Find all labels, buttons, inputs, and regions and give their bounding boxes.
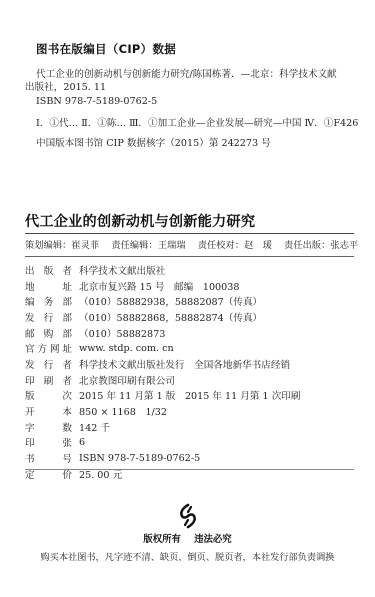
colophon-label-char: 网 bbox=[50, 341, 60, 355]
editorial-credits: 策划编辑：崔灵菲 责任编辑：王瑞瑞 责任校对：赵 瑗 责任出版：张志平 bbox=[25, 237, 358, 251]
colophon-label: 编务部 bbox=[25, 294, 79, 308]
colophon-label: 开本 bbox=[25, 404, 79, 418]
colophon-row: 印张6 bbox=[25, 435, 355, 451]
colophon-row: 开本850 × 1168 1/32 bbox=[25, 403, 355, 419]
cip-entry-line-1: 代工企业的创新动机与创新能力研究/陈国栋著．—北京：科学技术文献 bbox=[36, 68, 337, 81]
colophon-label-char: 者 bbox=[62, 357, 72, 371]
colophon-label-char: 者 bbox=[62, 263, 72, 277]
colophon-label-char: 编 bbox=[25, 294, 35, 308]
colophon-label-char: 发 bbox=[25, 357, 35, 371]
colophon-value: ISBN 978-7-5189-0762-5 bbox=[79, 453, 200, 464]
colophon-value: 科学技术文献出版社发行 全国各地新华书店经销 bbox=[79, 357, 290, 371]
colophon-value: 科学技术文献出版社 bbox=[79, 263, 165, 277]
colophon-row: 发行部（010）58882868，58882874（传真） bbox=[25, 309, 355, 325]
colophon-label: 地址 bbox=[25, 279, 79, 293]
colophon-label: 发行部 bbox=[25, 310, 79, 324]
cip-classification: Ⅰ．①代… Ⅱ．①陈… Ⅲ．①加工企业—企业发展—研究—中国 Ⅳ．①F426 bbox=[36, 117, 358, 130]
colophon-row: 编务部（010）58882938，58882087（传真） bbox=[25, 293, 355, 309]
colophon-value: 2015 年 11 月第 1 版 2015 年 11 月第 1 次印刷 bbox=[79, 388, 300, 402]
cip-entry-line-2: 出版社，2015. 11 bbox=[25, 81, 106, 94]
colophon-label-char: 地 bbox=[25, 279, 35, 293]
colophon-label: 版次 bbox=[25, 388, 79, 402]
colophon-row: 书号ISBN 978-7-5189-0762-5 bbox=[25, 450, 355, 466]
colophon-label: 印刷者 bbox=[25, 373, 79, 387]
colophon-value: 北京市复兴路 15 号 邮编 100038 bbox=[79, 279, 239, 293]
colophon-label-char: 版 bbox=[44, 263, 54, 277]
rights-reserved: 版权所有 bbox=[143, 534, 181, 545]
replacement-notice: 购买本社图书，凡字迹不清、缺页、倒页、脱页者，本社发行部负责调换 bbox=[0, 549, 375, 563]
colophon-label-char: 者 bbox=[62, 373, 72, 387]
colophon-label-char: 本 bbox=[62, 404, 72, 418]
colophon-label: 出版者 bbox=[25, 263, 79, 277]
colophon-label: 发行者 bbox=[25, 357, 79, 371]
colophon-row: 官方网址www. stdp. com. cn bbox=[25, 340, 355, 356]
colophon-label: 邮购部 bbox=[25, 326, 79, 340]
colophon-value: （010）58882938，58882087（传真） bbox=[79, 294, 262, 308]
colophon-value: （010）58882873 bbox=[79, 326, 165, 340]
credit-production: 责任出版：张志平 bbox=[284, 240, 358, 251]
colophon-value: （010）58882868，58882874（传真） bbox=[79, 310, 262, 324]
colophon-row: 地址北京市复兴路 15 号 邮编 100038 bbox=[25, 278, 355, 294]
colophon-label-char: 数 bbox=[62, 420, 72, 434]
credit-responsible-editor: 责任编辑：王瑞瑞 bbox=[111, 240, 185, 251]
colophon-label-char: 出 bbox=[25, 263, 35, 277]
credit-proofreader: 责任校对：赵 瑗 bbox=[198, 240, 272, 251]
colophon-label-char: 刷 bbox=[44, 373, 54, 387]
colophon-label: 印张 bbox=[25, 435, 79, 449]
publisher-logo-icon bbox=[177, 503, 199, 529]
colophon-value: 850 × 1168 1/32 bbox=[79, 404, 167, 418]
colophon-label: 书号 bbox=[25, 451, 79, 465]
colophon-value: 北京教图印刷有限公司 bbox=[79, 373, 175, 387]
colophon-label: 官方网址 bbox=[25, 341, 79, 355]
colophon-label: 字数 bbox=[25, 420, 79, 434]
colophon-label-char: 邮 bbox=[25, 326, 35, 340]
colophon-row: 发行者科学技术文献出版社发行 全国各地新华书店经销 bbox=[25, 356, 355, 372]
colophon-label-char: 版 bbox=[25, 388, 35, 402]
colophon-label-char: 部 bbox=[62, 294, 72, 308]
title-divider bbox=[25, 233, 354, 234]
copyright-notice: 版权所有 违法必究 bbox=[0, 531, 375, 545]
colophon-label-char: 行 bbox=[44, 310, 54, 324]
colophon-label-char: 字 bbox=[25, 420, 35, 434]
colophon-table: 出版者科学技术文献出版社地址北京市复兴路 15 号 邮编 100038编务部（0… bbox=[25, 262, 355, 482]
colophon-label-char: 官 bbox=[25, 341, 35, 355]
credits-divider bbox=[25, 256, 354, 257]
colophon-row: 邮购部（010）58882873 bbox=[25, 325, 355, 341]
colophon-label-char: 址 bbox=[62, 341, 72, 355]
colophon-divider bbox=[25, 469, 354, 470]
cip-heading: 图书在版编目（CIP）数据 bbox=[36, 41, 176, 57]
colophon-value: www. stdp. com. cn bbox=[79, 343, 174, 354]
colophon-label-char: 购 bbox=[44, 326, 54, 340]
colophon-label-char: 部 bbox=[62, 310, 72, 324]
piracy-warning: 违法必究 bbox=[194, 534, 232, 545]
colophon-label-char: 印 bbox=[25, 435, 35, 449]
cip-record-number: 中国版本图书馆 CIP 数据核字（2015）第 242273 号 bbox=[36, 137, 271, 150]
colophon-label-char: 部 bbox=[62, 326, 72, 340]
colophon-label-char: 开 bbox=[25, 404, 35, 418]
colophon-value: 6 bbox=[79, 437, 85, 448]
colophon-label-char: 书 bbox=[25, 451, 35, 465]
colophon-label-char: 方 bbox=[37, 341, 47, 355]
book-title: 代工企业的创新动机与创新能力研究 bbox=[25, 211, 255, 231]
colophon-row: 印刷者北京教图印刷有限公司 bbox=[25, 372, 355, 388]
colophon-label-char: 行 bbox=[44, 357, 54, 371]
colophon-label-char: 印 bbox=[25, 373, 35, 387]
colophon-label-char: 发 bbox=[25, 310, 35, 324]
colophon-row: 出版者科学技术文献出版社 bbox=[25, 262, 355, 278]
colophon-label-char: 次 bbox=[62, 388, 72, 402]
colophon-row: 版次2015 年 11 月第 1 版 2015 年 11 月第 1 次印刷 bbox=[25, 388, 355, 404]
colophon-row: 字数142 千 bbox=[25, 419, 355, 435]
colophon-label-char: 张 bbox=[62, 435, 72, 449]
cip-isbn: ISBN 978-7-5189-0762-5 bbox=[36, 95, 157, 108]
colophon-label-char: 号 bbox=[62, 451, 72, 465]
colophon-label-char: 务 bbox=[44, 294, 54, 308]
credit-planning-editor: 策划编辑：崔灵菲 bbox=[25, 240, 99, 251]
colophon-label-char: 址 bbox=[62, 279, 72, 293]
colophon-value: 142 千 bbox=[79, 420, 110, 434]
